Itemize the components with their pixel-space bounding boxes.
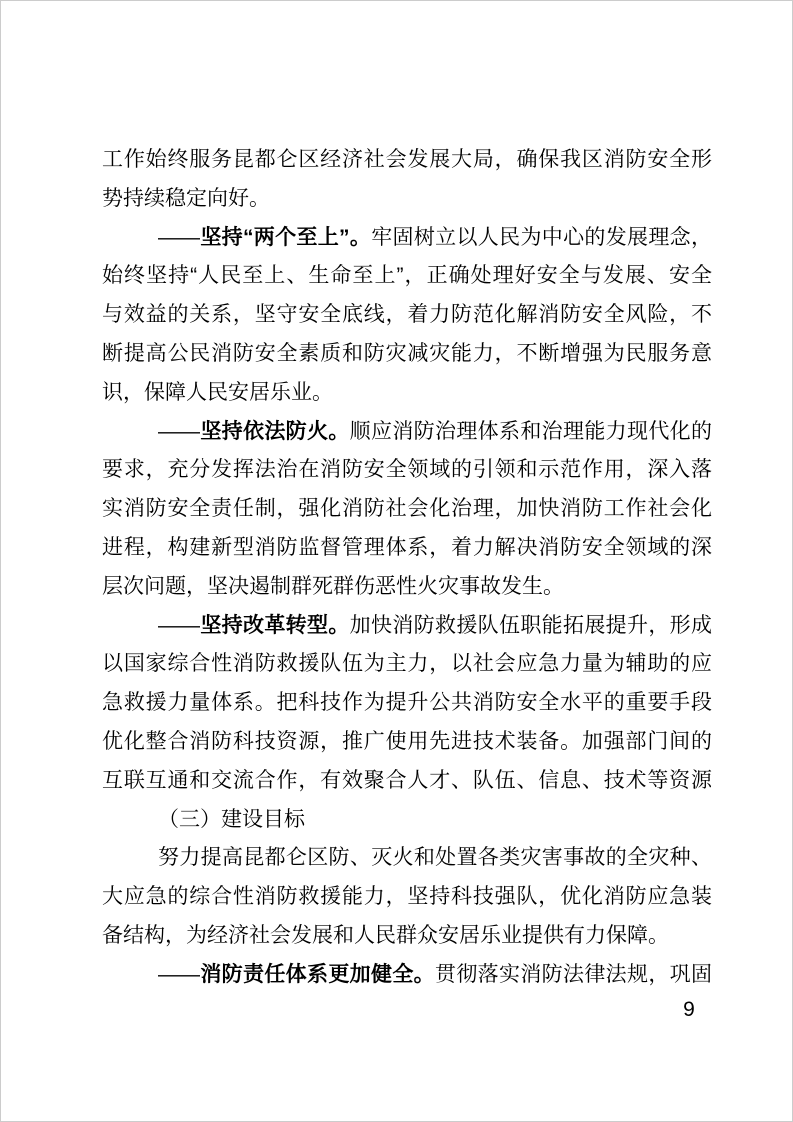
text-segment: 始终坚持“人民至上、生命至上”，正确处理好安全与发展、安全: [102, 264, 712, 287]
body-text: 工作始终服务昆都仑区经济社会发展大局，确保我区消防安全形势持续稳定向好。——坚持…: [102, 141, 712, 995]
text-line: 以国家综合性消防救援队伍为主力，以社会应急力量为辅助的应: [102, 645, 712, 684]
text-segment: 优化整合消防科技资源，推广使用先进技术装备。加强部门间的: [102, 730, 712, 753]
text-line: 大应急的综合性消防救援能力，坚持科技强队，优化消防应急装: [102, 878, 712, 917]
text-line: ——坚持“两个至上”。牢固树立以人民为中心的发展理念，: [102, 219, 712, 258]
text-segment: ——: [158, 226, 200, 249]
text-segment: （三）建设目标: [158, 808, 305, 831]
text-segment: 加快消防救援队伍职能拓展提升，形成: [350, 614, 712, 637]
text-line: 努力提高昆都仑区防、灭火和处置各类灾害事故的全灾种、: [102, 839, 712, 878]
text-segment: 进程，构建新型消防监督管理体系，着力解决消防安全领域的深: [102, 536, 712, 559]
text-line: ——消防责任体系更加健全。贯彻落实消防法律法规，巩固: [102, 956, 712, 995]
text-line: 急救援力量体系。把科技作为提升公共消防安全水平的重要手段: [102, 684, 712, 723]
text-line: 互联互通和交流合作，有效聚合人才、队伍、信息、技术等资源: [102, 762, 712, 801]
text-line: 备结构，为经济社会发展和人民群众安居乐业提供有力保障。: [102, 917, 712, 956]
emphasis-text: 坚持依法防火。: [200, 420, 350, 443]
text-line: 势持续稳定向好。: [102, 180, 712, 219]
text-line: 工作始终服务昆都仑区经济社会发展大局，确保我区消防安全形: [102, 141, 712, 180]
text-segment: 牢固树立以人民为中心的发展理念，: [371, 226, 712, 249]
text-segment: 工作始终服务昆都仑区经济社会发展大局，确保我区消防安全形: [102, 148, 712, 171]
emphasis-text: 消防责任体系更加健全。: [200, 963, 435, 986]
text-segment: 实消防安全责任制，强化消防社会化治理，加快消防工作社会化: [102, 497, 712, 520]
text-line: 优化整合消防科技资源，推广使用先进技术装备。加强部门间的: [102, 723, 712, 762]
text-segment: 识，保障人民安居乐业。: [102, 381, 333, 404]
text-segment: 以国家综合性消防救援队伍为主力，以社会应急力量为辅助的应: [102, 652, 712, 675]
text-segment: 断提高公民消防安全素质和防灾减灾能力，不断增强为民服务意: [102, 342, 712, 365]
text-segment: ——: [158, 420, 200, 443]
text-line: （三）建设目标: [102, 801, 712, 840]
text-line: 始终坚持“人民至上、生命至上”，正确处理好安全与发展、安全: [102, 257, 712, 296]
text-line: 与效益的关系，坚守安全底线，着力防范化解消防安全风险，不: [102, 296, 712, 335]
emphasis-text: 坚持“两个至上”。: [200, 226, 371, 249]
text-line: 识，保障人民安居乐业。: [102, 374, 712, 413]
emphasis-text: 坚持改革转型。: [200, 614, 350, 637]
text-segment: 与效益的关系，坚守安全底线，着力防范化解消防安全风险，不: [102, 303, 712, 326]
text-line: ——坚持改革转型。加快消防救援队伍职能拓展提升，形成: [102, 607, 712, 646]
text-segment: 急救援力量体系。把科技作为提升公共消防安全水平的重要手段: [102, 691, 712, 714]
text-line: 层次问题，坚决遏制群死群伤恶性火灾事故发生。: [102, 568, 712, 607]
text-line: 实消防安全责任制，强化消防社会化治理，加快消防工作社会化: [102, 490, 712, 529]
text-segment: 努力提高昆都仑区防、灭火和处置各类灾害事故的全灾种、: [158, 846, 712, 869]
text-line: ——坚持依法防火。顺应消防治理体系和治理能力现代化的: [102, 413, 712, 452]
text-segment: 大应急的综合性消防救援能力，坚持科技强队，优化消防应急装: [102, 885, 712, 908]
document-page: 工作始终服务昆都仑区经济社会发展大局，确保我区消防安全形势持续稳定向好。——坚持…: [0, 0, 793, 1122]
text-segment: 要求，充分发挥法治在消防安全领域的引领和示范作用，深入落: [102, 458, 712, 481]
text-segment: 顺应消防治理体系和治理能力现代化的: [350, 420, 712, 443]
text-segment: 备结构，为经济社会发展和人民群众安居乐业提供有力保障。: [102, 924, 669, 947]
page-number: 9: [665, 996, 713, 1024]
text-segment: ——: [158, 614, 200, 637]
text-line: 进程，构建新型消防监督管理体系，着力解决消防安全领域的深: [102, 529, 712, 568]
text-segment: 互联互通和交流合作，有效聚合人才、队伍、信息、技术等资源: [102, 769, 712, 792]
text-line: 要求，充分发挥法治在消防安全领域的引领和示范作用，深入落: [102, 451, 712, 490]
text-line: 断提高公民消防安全素质和防灾减灾能力，不断增强为民服务意: [102, 335, 712, 374]
text-segment: ——: [158, 963, 200, 986]
text-segment: 层次问题，坚决遏制群死群伤恶性火灾事故发生。: [102, 575, 564, 598]
text-segment: 势持续稳定向好。: [102, 187, 270, 210]
text-segment: 贯彻落实消防法律法规，巩固: [435, 963, 712, 986]
